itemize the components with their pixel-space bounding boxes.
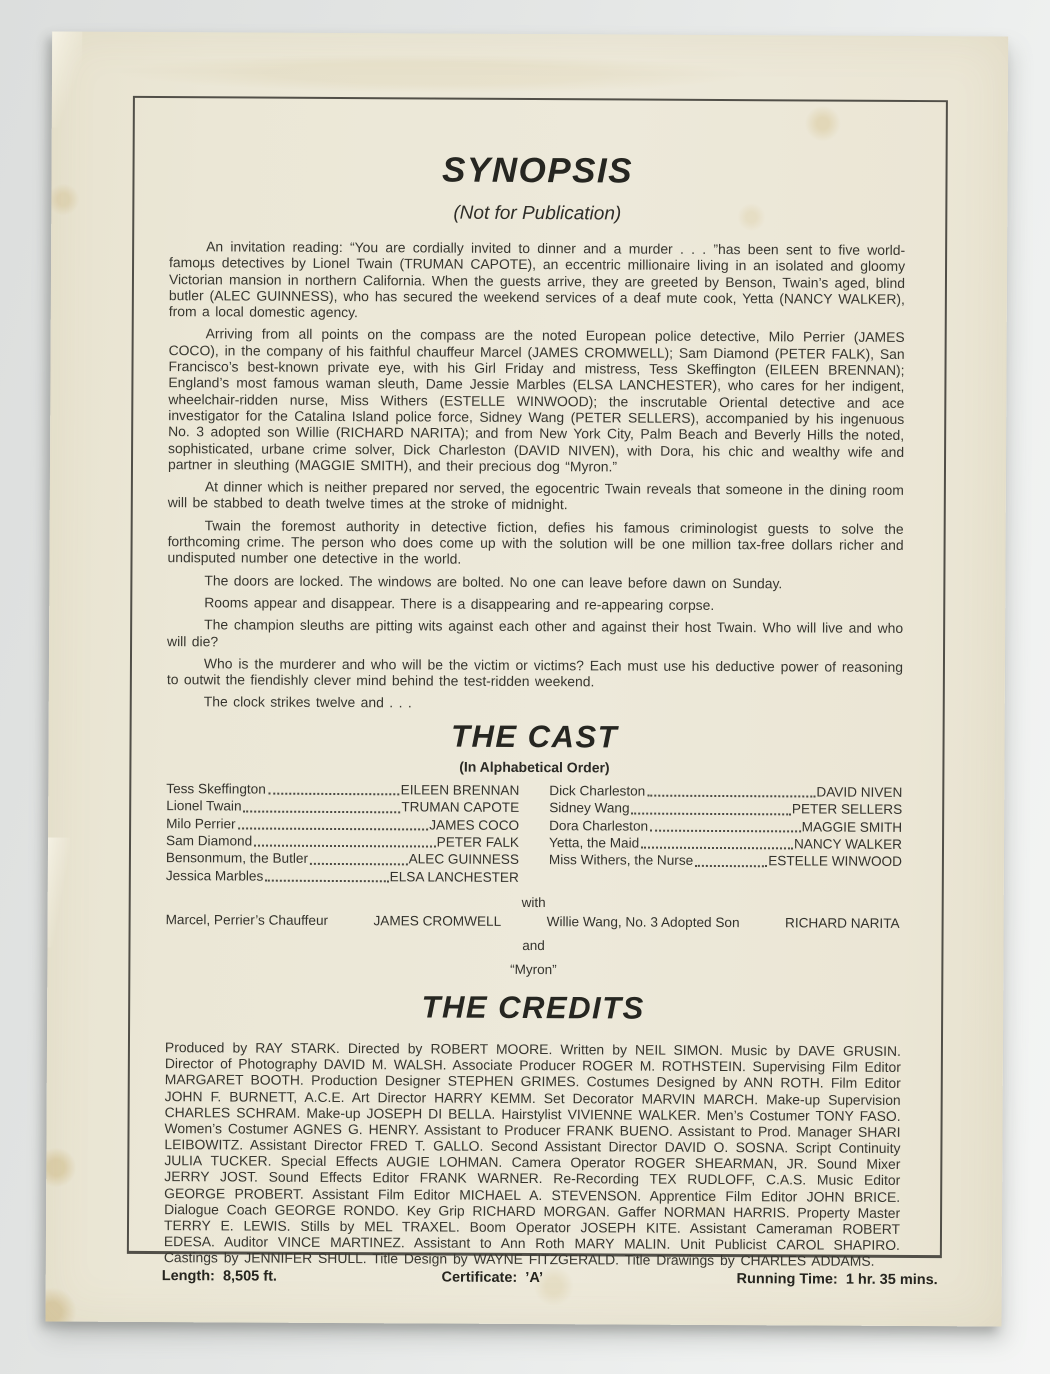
- cast-and-label: and: [165, 936, 901, 955]
- cast-section: THE CAST (In Alphabetical Order) Tess Sk…: [165, 718, 902, 979]
- synopsis-title: SYNOPSIS: [169, 150, 905, 192]
- cast-actor: JAMES COCO: [429, 816, 519, 834]
- cast-role: Dora Charleston: [549, 817, 648, 835]
- cast-actor: DAVID NIVEN: [816, 783, 902, 801]
- cast-role: Miss Withers, the Nurse: [549, 851, 693, 869]
- credits-title: THE CREDITS: [165, 989, 901, 1027]
- dotted-leader: [641, 847, 793, 850]
- synopsis-subtitle: (Not for Publication): [169, 201, 905, 227]
- dotted-leader: [647, 795, 815, 798]
- synopsis-paragraph: At dinner which is neither prepared nor …: [168, 478, 904, 514]
- footer-length: Length: 8,505 ft.: [127, 1268, 367, 1285]
- cast-row: Tess SkeffingtonEILEEN BRENNAN: [166, 780, 519, 799]
- cast-row: Bensonmum, the ButlerALEC GUINNESS: [166, 849, 519, 868]
- cast-actor: ELSA LANCHESTER: [390, 868, 519, 886]
- dotted-leader: [695, 865, 767, 867]
- cast-actor: PETER SELLERS: [792, 801, 902, 819]
- cast-role: Willie Wang, No. 3 Adopted Son: [547, 914, 740, 930]
- credits-section: THE CREDITS Produced by RAY STARK. Direc…: [164, 989, 901, 1269]
- cast-actor: MAGGIE SMITH: [802, 818, 903, 836]
- cast-row: Dora CharlestonMAGGIE SMITH: [549, 817, 902, 836]
- cast-with-row: Marcel, Perrier’s Chauffeur JAMES CROMWE…: [166, 912, 900, 931]
- cast-role: Milo Perrier: [166, 815, 236, 833]
- cast-row: Yetta, the MaidNANCY WALKER: [549, 834, 902, 853]
- cast-role: Dick Charleston: [549, 782, 645, 800]
- footer-strip: Length: 8,505 ft. Certificate: ’A’ Runni…: [127, 1268, 942, 1288]
- synopsis-paragraph: Rooms appear and disappear. There is a d…: [167, 594, 903, 614]
- synopsis-paragraph: Arriving from all points on the compass …: [168, 326, 905, 477]
- dotted-leader: [632, 812, 791, 815]
- dotted-leader: [268, 793, 400, 796]
- dotted-leader: [244, 810, 401, 813]
- cast-role: Tess Skeffington: [166, 780, 266, 798]
- cast-row: Sam DiamondPETER FALK: [166, 832, 519, 851]
- cast-role: Lionel Twain: [166, 797, 241, 815]
- synopsis-paragraph: Who is the murderer and who will be the …: [167, 655, 903, 691]
- synopsis-paragraph: Twain the foremost authority in detectiv…: [167, 517, 903, 570]
- cast-role: Bensonmum, the Butler: [166, 849, 308, 867]
- scan-backdrop: { "colors":{ "backdrop":"#e4e6e5", "pape…: [0, 0, 1050, 1374]
- cast-column-left: Tess SkeffingtonEILEEN BRENNAN Lionel Tw…: [166, 780, 520, 886]
- synopsis-paragraph: The doors are locked. The windows are bo…: [167, 572, 903, 592]
- cast-row: Miss Withers, the NurseESTELLE WINWOOD: [549, 851, 902, 870]
- cast-role: Jessica Marbles: [166, 867, 264, 885]
- cast-row: Milo PerrierJAMES COCO: [166, 815, 519, 834]
- cast-columns: Tess SkeffingtonEILEEN BRENNAN Lionel Tw…: [166, 780, 903, 888]
- footer-certificate: Certificate: ’A’: [366, 1269, 618, 1286]
- cast-actor: EILEEN BRENNAN: [401, 781, 520, 799]
- cast-actor: PETER FALK: [437, 833, 519, 851]
- cast-row: Jessica MarblesELSA LANCHESTER: [166, 867, 519, 886]
- cast-actor: TRUMAN CAPOTE: [401, 798, 519, 816]
- cast-dog-name: “Myron”: [165, 960, 901, 979]
- dotted-leader: [238, 827, 429, 830]
- cast-actor: ALEC GUINNESS: [409, 851, 519, 869]
- cast-row: Lionel TwainTRUMAN CAPOTE: [166, 797, 519, 816]
- footer-running-time: Running Time: 1 hr. 35 mins.: [618, 1270, 942, 1288]
- cast-actor: JAMES CROMWELL: [373, 913, 501, 929]
- cast-actor: NANCY WALKER: [794, 835, 902, 853]
- dotted-leader: [650, 830, 801, 833]
- cast-with-label: with: [166, 893, 902, 912]
- credits-text: Produced by RAY STARK. Directed by ROBER…: [164, 1039, 901, 1269]
- cast-role: Sidney Wang: [549, 799, 629, 817]
- cast-actor: ESTELLE WINWOOD: [768, 853, 902, 871]
- cast-row: Dick CharlestonDAVID NIVEN: [549, 782, 902, 801]
- cast-actor: RICHARD NARITA: [785, 916, 900, 932]
- synopsis-paragraph: The champion sleuths are pitting wits ag…: [167, 616, 903, 652]
- dotted-leader: [310, 863, 408, 866]
- synopsis-paragraph: The clock strikes twelve and . . .: [167, 694, 903, 714]
- cast-role: Yetta, the Maid: [549, 834, 639, 852]
- cast-role: Sam Diamond: [166, 832, 252, 850]
- cast-column-right: Dick CharlestonDAVID NIVEN Sidney WangPE…: [549, 782, 903, 888]
- synopsis-body: An invitation reading: “You are cordiall…: [167, 238, 905, 714]
- cast-role: Marcel, Perrier’s Chauffeur: [166, 912, 329, 928]
- cast-row: Sidney WangPETER SELLERS: [549, 799, 902, 818]
- dotted-leader: [265, 880, 388, 883]
- cast-title: THE CAST: [166, 718, 902, 756]
- dotted-leader: [254, 845, 436, 848]
- synopsis-paragraph: An invitation reading: “You are cordiall…: [169, 238, 905, 323]
- pressbook-page: SYNOPSIS (Not for Publication) An invita…: [46, 31, 1009, 1326]
- cast-subtitle: (In Alphabetical Order): [166, 757, 902, 777]
- content-border-box: SYNOPSIS (Not for Publication) An invita…: [127, 96, 948, 1258]
